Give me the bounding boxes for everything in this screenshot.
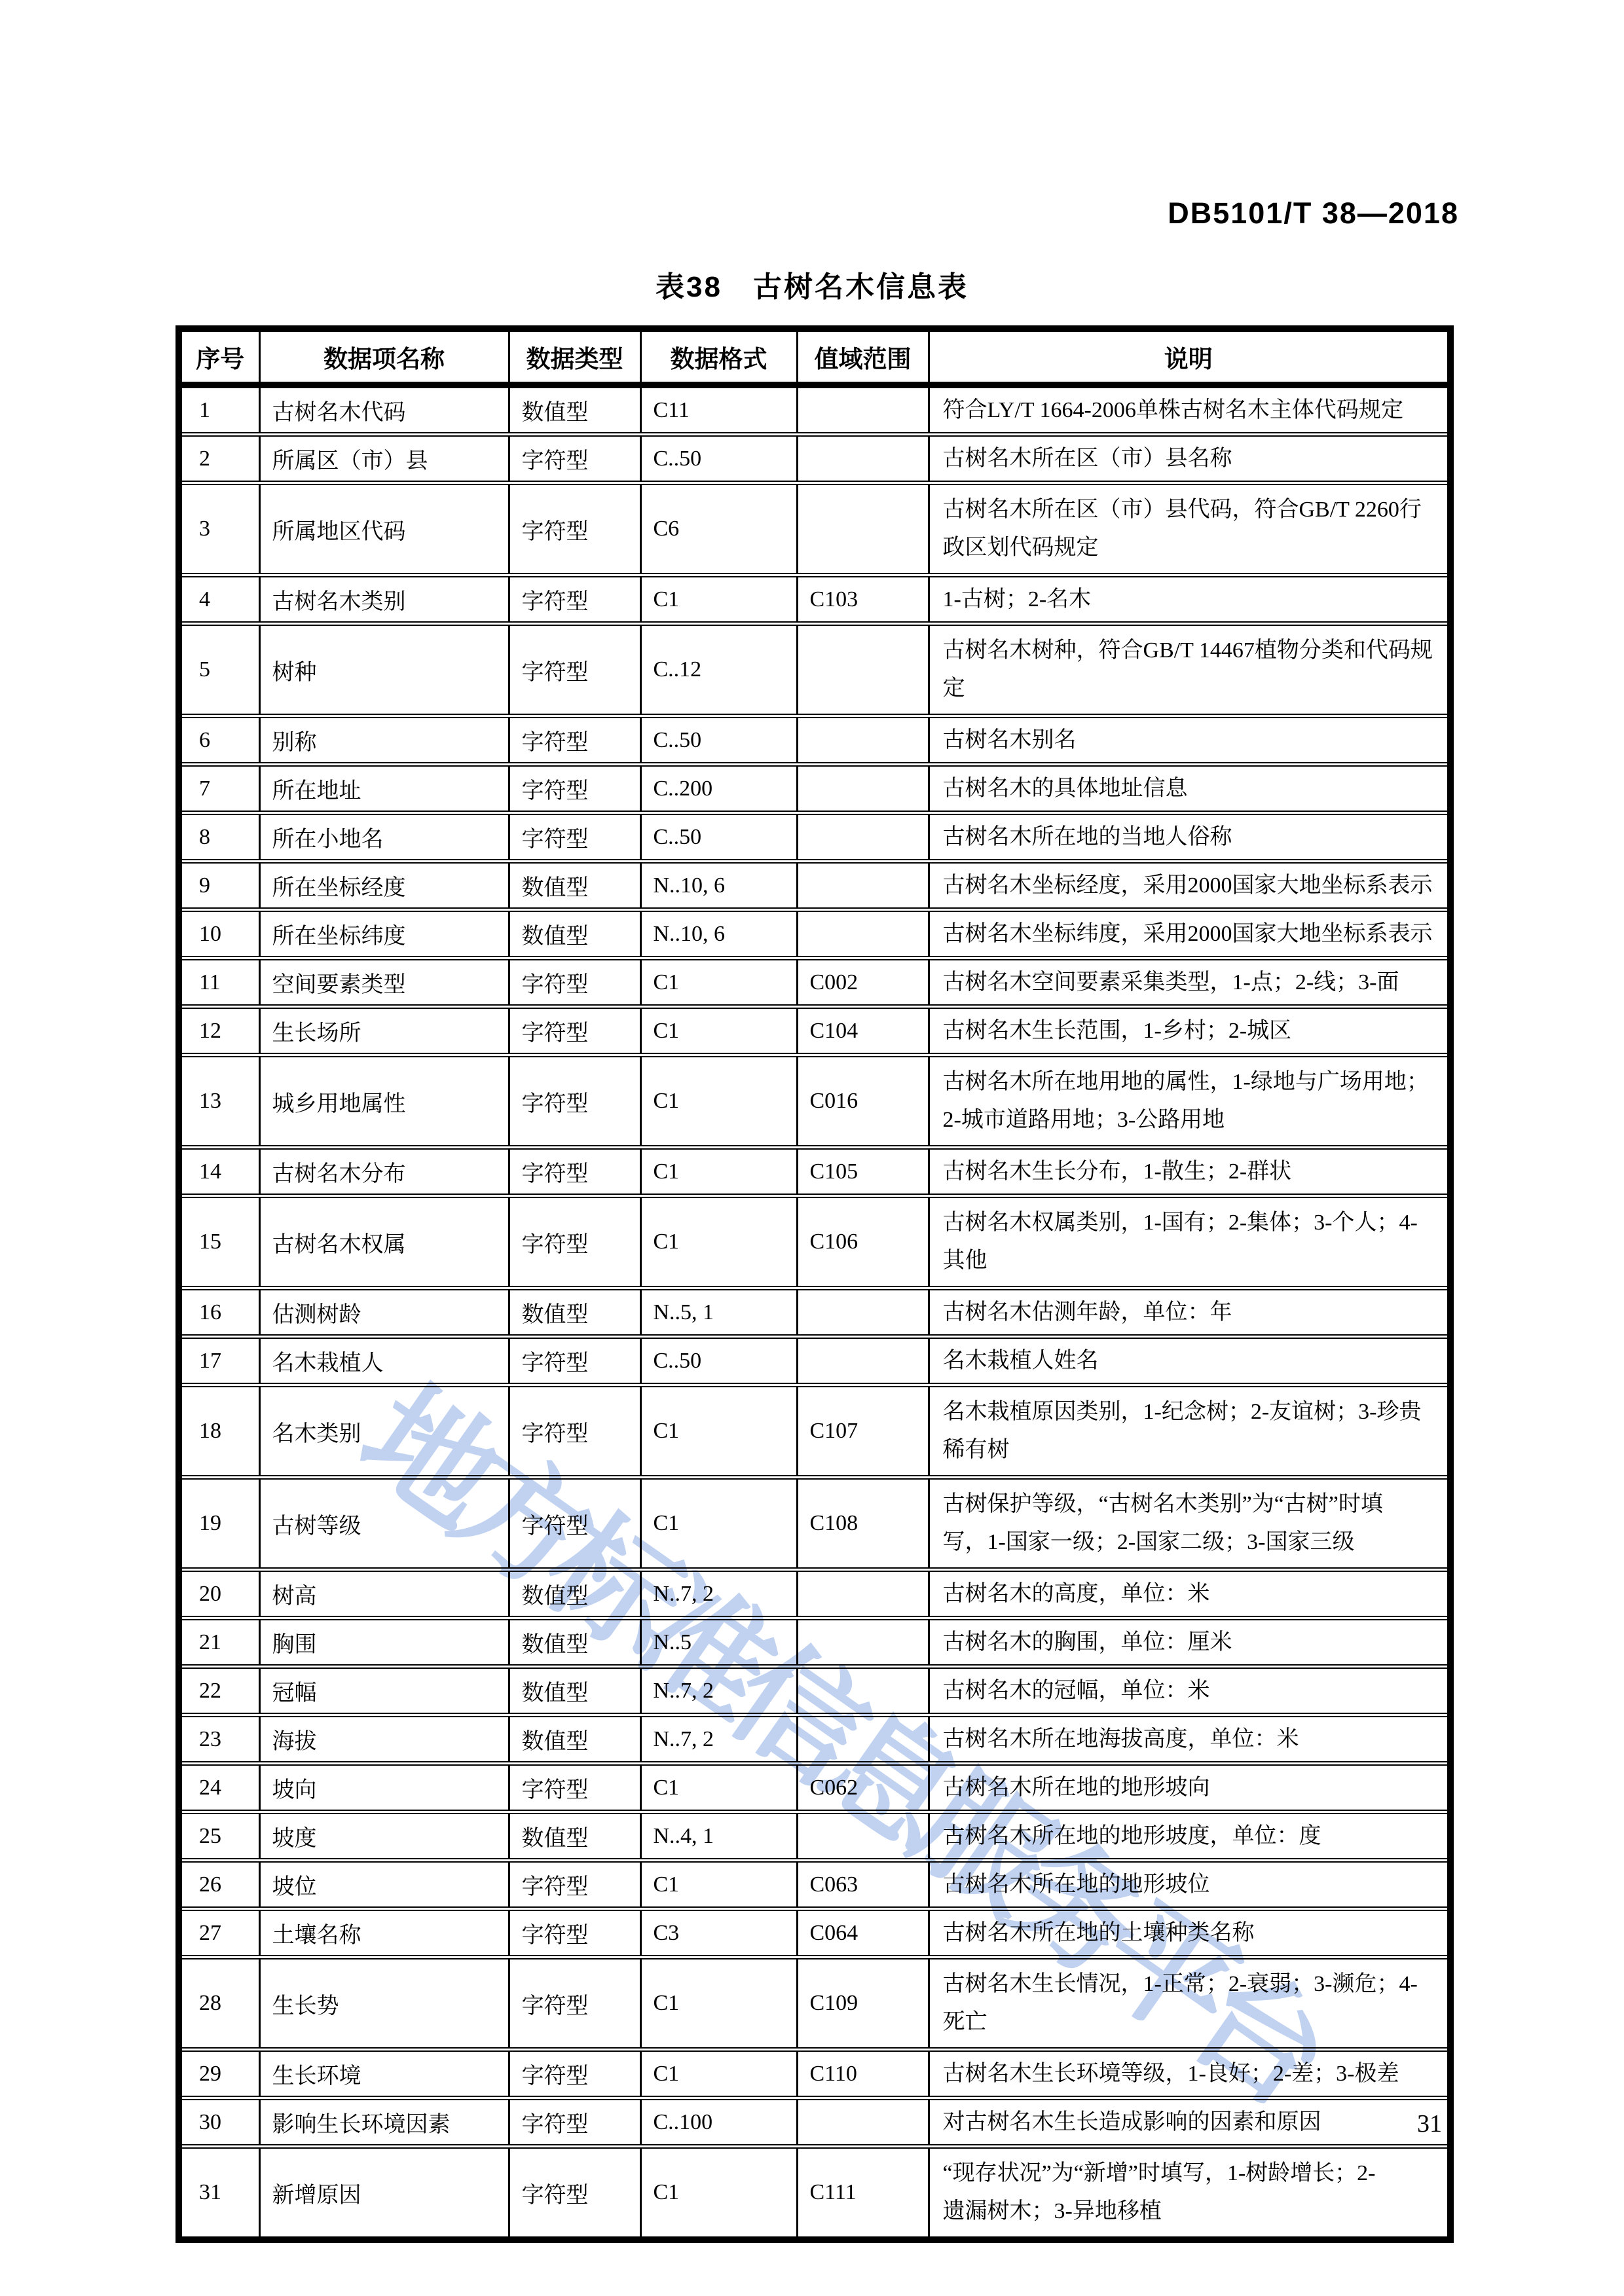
cell-data-format: C6 (640, 483, 797, 575)
cell-description: 古树名木生长情况，1-正常；2-衰弱；3-濒危；4- 死亡 (929, 1958, 1450, 2050)
table-row: 17名木栽植人字符型C..50名木栽植人姓名 (179, 1337, 1450, 1385)
cell-item-name: 古树名木权属 (259, 1196, 509, 1288)
cell-data-format: C..200 (640, 765, 797, 813)
cell-item-name: 古树名木类别 (259, 575, 509, 624)
cell-data-format: C1 (640, 2147, 797, 2240)
cell-value-range (797, 385, 929, 435)
cell-value-range: C103 (797, 575, 929, 624)
cell-data-format: C1 (640, 958, 797, 1007)
cell-data-type: 数值型 (509, 1715, 640, 1764)
cell-data-format: C..100 (640, 2098, 797, 2147)
cell-data-type: 字符型 (509, 2098, 640, 2147)
cell-description: 名木栽植原因类别，1-纪念树；2-友谊树；3-珍贵 稀有树 (929, 1385, 1450, 1478)
cell-value-range (797, 716, 929, 765)
cell-description: 符合LY/T 1664-2006单株古树名木主体代码规定 (929, 385, 1450, 435)
cell-data-format: C..50 (640, 435, 797, 483)
cell-no: 27 (179, 1909, 259, 1958)
cell-no: 18 (179, 1385, 259, 1478)
column-header-value-range: 值域范围 (797, 329, 929, 385)
cell-description: 古树名木权属类别，1-国有；2-集体；3-个人；4- 其他 (929, 1196, 1450, 1288)
cell-item-name: 冠幅 (259, 1667, 509, 1715)
cell-item-name: 坡度 (259, 1812, 509, 1861)
table-row: 22冠幅数值型N..7, 2古树名木的冠幅，单位：米 (179, 1667, 1450, 1715)
cell-description: 古树名木所在区（市）县代码，符合GB/T 2260行 政区划代码规定 (929, 483, 1450, 575)
cell-description: 古树保护等级，“古树名木类别”为“古树”时填 写，1-国家一级；2-国家二级；3… (929, 1478, 1450, 1570)
cell-description: 古树名木空间要素采集类型，1-点；2-线；3-面 (929, 958, 1450, 1007)
cell-data-type: 字符型 (509, 1055, 640, 1148)
cell-data-format: C..50 (640, 1337, 797, 1385)
cell-no: 7 (179, 765, 259, 813)
cell-description: 古树名木生长分布，1-散生；2-群状 (929, 1148, 1450, 1196)
cell-data-format: C1 (640, 1861, 797, 1909)
cell-data-format: C3 (640, 1909, 797, 1958)
cell-data-format: C1 (640, 1478, 797, 1570)
cell-item-name: 城乡用地属性 (259, 1055, 509, 1148)
cell-data-format: C..50 (640, 716, 797, 765)
cell-item-name: 新增原因 (259, 2147, 509, 2240)
cell-no: 2 (179, 435, 259, 483)
cell-data-type: 字符型 (509, 2050, 640, 2098)
cell-data-format: N..10, 6 (640, 862, 797, 910)
table-row: 29生长环境字符型C1C110古树名木生长环境等级，1-良好；2-差；3-极差 (179, 2050, 1450, 2098)
cell-item-name: 古树等级 (259, 1478, 509, 1570)
cell-data-type: 字符型 (509, 1148, 640, 1196)
table-row: 31新增原因字符型C1C111“现存状况”为“新增”时填写，1-树龄增长；2- … (179, 2147, 1450, 2240)
table-header-row: 序号 数据项名称 数据类型 数据格式 值域范围 说明 (179, 329, 1450, 385)
cell-value-range: C016 (797, 1055, 929, 1148)
cell-data-type: 字符型 (509, 1861, 640, 1909)
cell-description: 古树名木所在地的当地人俗称 (929, 813, 1450, 862)
cell-no: 31 (179, 2147, 259, 2240)
cell-no: 30 (179, 2098, 259, 2147)
column-header-description: 说明 (929, 329, 1450, 385)
table-row: 6别称字符型C..50古树名木别名 (179, 716, 1450, 765)
cell-value-range (797, 1337, 929, 1385)
cell-item-name: 影响生长环境因素 (259, 2098, 509, 2147)
cell-item-name: 空间要素类型 (259, 958, 509, 1007)
cell-item-name: 生长势 (259, 1958, 509, 2050)
cell-data-type: 数值型 (509, 1618, 640, 1667)
cell-no: 26 (179, 1861, 259, 1909)
cell-value-range: C108 (797, 1478, 929, 1570)
cell-description: 古树名木的胸围，单位：厘米 (929, 1618, 1450, 1667)
cell-item-name: 名木类别 (259, 1385, 509, 1478)
cell-data-type: 字符型 (509, 716, 640, 765)
cell-value-range: C104 (797, 1007, 929, 1055)
table-row: 7所在地址字符型C..200古树名木的具体地址信息 (179, 765, 1450, 813)
cell-data-type: 字符型 (509, 1764, 640, 1812)
cell-value-range (797, 483, 929, 575)
cell-data-type: 数值型 (509, 1288, 640, 1337)
cell-data-type: 字符型 (509, 1007, 640, 1055)
table-row: 19古树等级字符型C1C108古树保护等级，“古树名木类别”为“古树”时填 写，… (179, 1478, 1450, 1570)
cell-data-type: 字符型 (509, 1478, 640, 1570)
cell-data-format: C1 (640, 1007, 797, 1055)
column-header-data-type: 数据类型 (509, 329, 640, 385)
cell-value-range: C002 (797, 958, 929, 1007)
table-row: 30影响生长环境因素字符型C..100对古树名木生长造成影响的因素和原因 (179, 2098, 1450, 2147)
table-row: 9所在坐标经度数值型N..10, 6古树名木坐标经度，采用2000国家大地坐标系… (179, 862, 1450, 910)
cell-value-range (797, 862, 929, 910)
cell-description: 古树名木树种，符合GB/T 14467植物分类和代码规 定 (929, 624, 1450, 716)
cell-description: 古树名木生长范围，1-乡村；2-城区 (929, 1007, 1450, 1055)
column-header-no: 序号 (179, 329, 259, 385)
table-row: 4古树名木类别字符型C1C1031-古树；2-名木 (179, 575, 1450, 624)
cell-data-format: C..12 (640, 624, 797, 716)
cell-data-format: C1 (640, 575, 797, 624)
cell-description: 1-古树；2-名木 (929, 575, 1450, 624)
table-row: 28生长势字符型C1C109古树名木生长情况，1-正常；2-衰弱；3-濒危；4-… (179, 1958, 1450, 2050)
cell-no: 13 (179, 1055, 259, 1148)
cell-value-range: C111 (797, 2147, 929, 2240)
cell-item-name: 别称 (259, 716, 509, 765)
cell-item-name: 坡位 (259, 1861, 509, 1909)
table-row: 24坡向字符型C1C062古树名木所在地的地形坡向 (179, 1764, 1450, 1812)
cell-value-range (797, 765, 929, 813)
cell-value-range (797, 1618, 929, 1667)
cell-item-name: 所在地址 (259, 765, 509, 813)
cell-data-format: N..4, 1 (640, 1812, 797, 1861)
cell-item-name: 树种 (259, 624, 509, 716)
cell-description: 古树名木的冠幅，单位：米 (929, 1667, 1450, 1715)
cell-item-name: 海拔 (259, 1715, 509, 1764)
cell-description: 古树名木的高度，单位：米 (929, 1570, 1450, 1618)
table-row: 11空间要素类型字符型C1C002古树名木空间要素采集类型，1-点；2-线；3-… (179, 958, 1450, 1007)
table-row: 3所属地区代码字符型C6古树名木所在区（市）县代码，符合GB/T 2260行 政… (179, 483, 1450, 575)
table-row: 14古树名木分布字符型C1C105古树名木生长分布，1-散生；2-群状 (179, 1148, 1450, 1196)
cell-data-format: N..7, 2 (640, 1667, 797, 1715)
cell-no: 21 (179, 1618, 259, 1667)
cell-no: 5 (179, 624, 259, 716)
cell-data-type: 字符型 (509, 1958, 640, 2050)
table-header: 序号 数据项名称 数据类型 数据格式 值域范围 说明 (179, 329, 1450, 385)
cell-data-format: N..10, 6 (640, 910, 797, 958)
cell-data-type: 字符型 (509, 958, 640, 1007)
cell-description: 古树名木所在地海拔高度，单位：米 (929, 1715, 1450, 1764)
cell-value-range: C110 (797, 2050, 929, 2098)
cell-item-name: 生长环境 (259, 2050, 509, 2098)
cell-data-format: C1 (640, 1148, 797, 1196)
table-row: 5树种字符型C..12古树名木树种，符合GB/T 14467植物分类和代码规 定 (179, 624, 1450, 716)
table-row: 12生长场所字符型C1C104古树名木生长范围，1-乡村；2-城区 (179, 1007, 1450, 1055)
cell-data-type: 数值型 (509, 1667, 640, 1715)
cell-description: 古树名木别名 (929, 716, 1450, 765)
cell-data-format: C1 (640, 1958, 797, 2050)
cell-data-type: 数值型 (509, 862, 640, 910)
cell-value-range (797, 1570, 929, 1618)
cell-description: 名木栽植人姓名 (929, 1337, 1450, 1385)
table-row: 2所属区（市）县字符型C..50古树名木所在区（市）县名称 (179, 435, 1450, 483)
cell-no: 16 (179, 1288, 259, 1337)
cell-value-range (797, 1288, 929, 1337)
cell-value-range (797, 624, 929, 716)
cell-item-name: 坡向 (259, 1764, 509, 1812)
cell-data-format: N..7, 2 (640, 1715, 797, 1764)
cell-description: 古树名木坐标经度，采用2000国家大地坐标系表示 (929, 862, 1450, 910)
cell-data-type: 字符型 (509, 435, 640, 483)
cell-data-type: 字符型 (509, 2147, 640, 2240)
cell-value-range (797, 2098, 929, 2147)
cell-item-name: 估测树龄 (259, 1288, 509, 1337)
cell-value-range: C062 (797, 1764, 929, 1812)
data-dictionary-table: 序号 数据项名称 数据类型 数据格式 值域范围 说明 1古树名木代码数值型C11… (175, 325, 1454, 2243)
cell-data-format: C1 (640, 2050, 797, 2098)
cell-data-type: 字符型 (509, 624, 640, 716)
cell-no: 14 (179, 1148, 259, 1196)
cell-description: 古树名木所在区（市）县名称 (929, 435, 1450, 483)
table-row: 23海拔数值型N..7, 2古树名木所在地海拔高度，单位：米 (179, 1715, 1450, 1764)
cell-no: 22 (179, 1667, 259, 1715)
cell-data-format: N..5, 1 (640, 1288, 797, 1337)
table-row: 8所在小地名字符型C..50古树名木所在地的当地人俗称 (179, 813, 1450, 862)
cell-no: 20 (179, 1570, 259, 1618)
cell-data-type: 数值型 (509, 385, 640, 435)
cell-description: 古树名木所在地的土壤种类名称 (929, 1909, 1450, 1958)
cell-description: 古树名木的具体地址信息 (929, 765, 1450, 813)
doc-code: DB5101/T 38—2018 (1168, 196, 1459, 230)
cell-no: 29 (179, 2050, 259, 2098)
cell-item-name: 所在小地名 (259, 813, 509, 862)
cell-value-range (797, 1715, 929, 1764)
cell-data-type: 字符型 (509, 1337, 640, 1385)
table-row: 13城乡用地属性字符型C1C016古树名木所在地用地的属性，1-绿地与广场用地；… (179, 1055, 1450, 1148)
cell-data-type: 字符型 (509, 1385, 640, 1478)
cell-no: 17 (179, 1337, 259, 1385)
cell-description: 古树名木所在地的地形坡位 (929, 1861, 1450, 1909)
cell-data-type: 字符型 (509, 483, 640, 575)
cell-no: 8 (179, 813, 259, 862)
cell-value-range: C106 (797, 1196, 929, 1288)
cell-no: 15 (179, 1196, 259, 1288)
cell-data-type: 字符型 (509, 813, 640, 862)
page-title: 表38 古树名木信息表 (0, 263, 1624, 305)
table-row: 15古树名木权属字符型C1C106古树名木权属类别，1-国有；2-集体；3-个人… (179, 1196, 1450, 1288)
cell-no: 9 (179, 862, 259, 910)
table-body: 1古树名木代码数值型C11符合LY/T 1664-2006单株古树名木主体代码规… (179, 385, 1450, 2240)
table-row: 25坡度数值型N..4, 1古树名木所在地的地形坡度，单位：度 (179, 1812, 1450, 1861)
cell-no: 12 (179, 1007, 259, 1055)
cell-no: 11 (179, 958, 259, 1007)
cell-item-name: 土壤名称 (259, 1909, 509, 1958)
cell-no: 28 (179, 1958, 259, 2050)
cell-item-name: 所属区（市）县 (259, 435, 509, 483)
cell-item-name: 所在坐标经度 (259, 862, 509, 910)
cell-no: 23 (179, 1715, 259, 1764)
cell-data-type: 字符型 (509, 1909, 640, 1958)
table-row: 20树高数值型N..7, 2古树名木的高度，单位：米 (179, 1570, 1450, 1618)
cell-value-range: C105 (797, 1148, 929, 1196)
cell-item-name: 古树名木分布 (259, 1148, 509, 1196)
table-row: 1古树名木代码数值型C11符合LY/T 1664-2006单株古树名木主体代码规… (179, 385, 1450, 435)
cell-description: 古树名木生长环境等级，1-良好；2-差；3-极差 (929, 2050, 1450, 2098)
cell-data-type: 字符型 (509, 1196, 640, 1288)
cell-value-range: C109 (797, 1958, 929, 2050)
cell-no: 19 (179, 1478, 259, 1570)
cell-description: 古树名木所在地的地形坡向 (929, 1764, 1450, 1812)
cell-description: “现存状况”为“新增”时填写，1-树龄增长；2- 遗漏树木；3-异地移植 (929, 2147, 1450, 2240)
table-row: 16估测树龄数值型N..5, 1古树名木估测年龄，单位：年 (179, 1288, 1450, 1337)
cell-value-range (797, 1667, 929, 1715)
cell-data-type: 字符型 (509, 575, 640, 624)
cell-data-type: 数值型 (509, 1570, 640, 1618)
cell-data-type: 数值型 (509, 910, 640, 958)
table-row: 27土壤名称字符型C3C064古树名木所在地的土壤种类名称 (179, 1909, 1450, 1958)
cell-description: 古树名木坐标纬度，采用2000国家大地坐标系表示 (929, 910, 1450, 958)
cell-value-range: C063 (797, 1861, 929, 1909)
cell-no: 6 (179, 716, 259, 765)
cell-data-type: 字符型 (509, 765, 640, 813)
cell-value-range (797, 1812, 929, 1861)
table-row: 21胸围数值型N..5古树名木的胸围，单位：厘米 (179, 1618, 1450, 1667)
cell-item-name: 生长场所 (259, 1007, 509, 1055)
cell-no: 4 (179, 575, 259, 624)
cell-no: 24 (179, 1764, 259, 1812)
cell-description: 古树名木所在地用地的属性，1-绿地与广场用地； 2-城市道路用地；3-公路用地 (929, 1055, 1450, 1148)
cell-value-range: C064 (797, 1909, 929, 1958)
cell-description: 古树名木估测年龄，单位：年 (929, 1288, 1450, 1337)
cell-value-range (797, 813, 929, 862)
table-row: 18名木类别字符型C1C107名木栽植原因类别，1-纪念树；2-友谊树；3-珍贵… (179, 1385, 1450, 1478)
cell-value-range (797, 910, 929, 958)
cell-description: 对古树名木生长造成影响的因素和原因 (929, 2098, 1450, 2147)
cell-item-name: 胸围 (259, 1618, 509, 1667)
cell-item-name: 所在坐标纬度 (259, 910, 509, 958)
cell-item-name: 古树名木代码 (259, 385, 509, 435)
cell-no: 3 (179, 483, 259, 575)
cell-data-type: 数值型 (509, 1812, 640, 1861)
cell-data-format: C1 (640, 1764, 797, 1812)
cell-value-range (797, 435, 929, 483)
cell-description: 古树名木所在地的地形坡度，单位：度 (929, 1812, 1450, 1861)
cell-value-range: C107 (797, 1385, 929, 1478)
cell-no: 25 (179, 1812, 259, 1861)
table-row: 10所在坐标纬度数值型N..10, 6古树名木坐标纬度，采用2000国家大地坐标… (179, 910, 1450, 958)
cell-data-format: N..7, 2 (640, 1570, 797, 1618)
column-header-item-name: 数据项名称 (259, 329, 509, 385)
table-row: 26坡位字符型C1C063古树名木所在地的地形坡位 (179, 1861, 1450, 1909)
cell-item-name: 名木栽植人 (259, 1337, 509, 1385)
cell-data-format: C1 (640, 1196, 797, 1288)
cell-data-format: C1 (640, 1055, 797, 1148)
cell-data-format: C1 (640, 1385, 797, 1478)
cell-no: 1 (179, 385, 259, 435)
column-header-data-format: 数据格式 (640, 329, 797, 385)
cell-data-format: C11 (640, 385, 797, 435)
page-number: 31 (1417, 2109, 1442, 2138)
cell-data-format: N..5 (640, 1618, 797, 1667)
cell-item-name: 树高 (259, 1570, 509, 1618)
cell-item-name: 所属地区代码 (259, 483, 509, 575)
cell-data-format: C..50 (640, 813, 797, 862)
cell-no: 10 (179, 910, 259, 958)
